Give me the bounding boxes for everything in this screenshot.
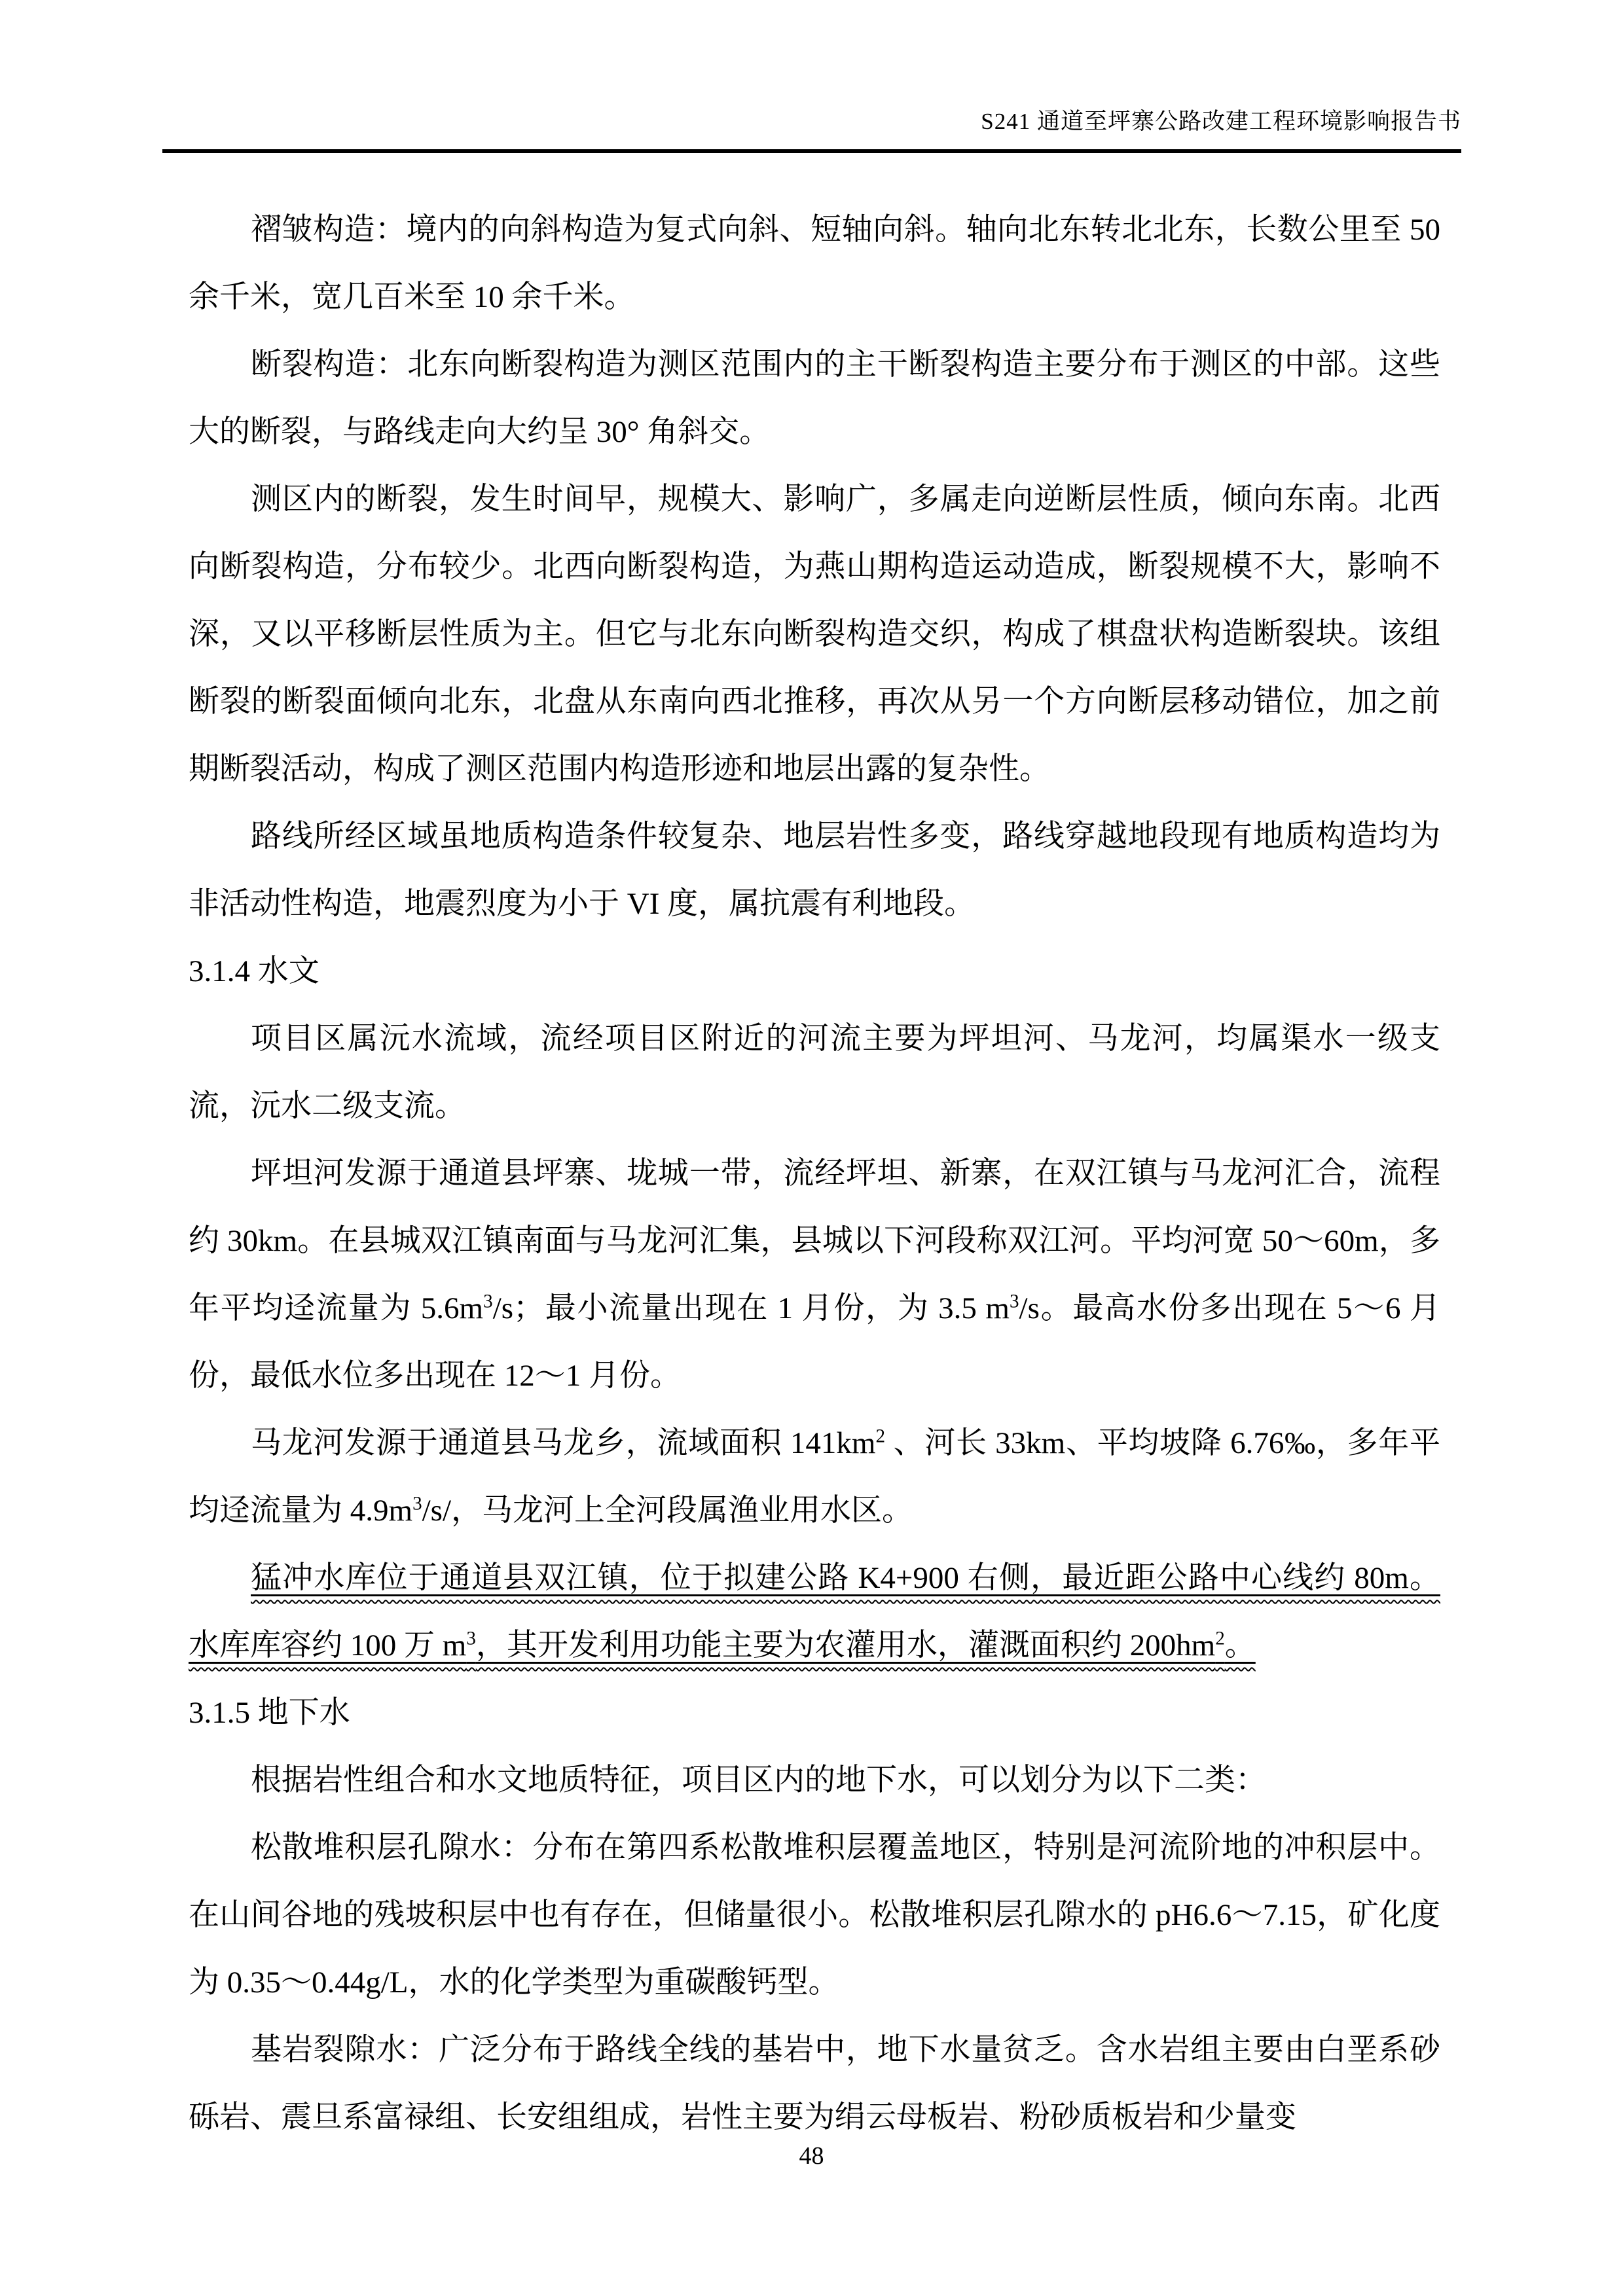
text-run: 3.1.4 水文 [189, 954, 319, 988]
page-footer: 48 [0, 2142, 1623, 2170]
page-number: 48 [799, 2142, 824, 2170]
text-run: /s；最小流量出现在 1 月份，为 3.5 m [493, 1291, 1010, 1325]
paragraph: 基岩裂隙水：广泛分布于路线全线的基岩中，地下水量贫乏。含水岩组主要由白垩系砂砾岩… [189, 2017, 1440, 2151]
paragraph: 根据岩性组合和水文地质特征，项目区内的地下水，可以划分为以下二类： [189, 1747, 1440, 1814]
paragraph: 猛冲水库位于通道县双江镇，位于拟建公路 K4+900 右侧，最近距公路中心线约 … [189, 1545, 1440, 1679]
superscript: 3 [466, 1628, 476, 1649]
underlined-text-inner: 猛冲水库位于通道县双江镇，位于拟建公路 K4+900 右侧，最近距公路中心线约 … [189, 1561, 1440, 1662]
text-run: ，其开发利用功能主要为农灌用水，灌溉面积约 200hm [476, 1628, 1215, 1662]
document-body: 褶皱构造：境内的向斜构造为复式向斜、短轴向斜。轴向北东转北北东，长数公里至 50… [189, 196, 1440, 2151]
paragraph: 松散堆积层孔隙水：分布在第四系松散堆积层覆盖地区，特别是河流阶地的冲积层中。在山… [189, 1814, 1440, 2017]
paragraph: 坪坦河发源于通道县坪寨、垅城一带，流经坪坦、新寨，在双江镇与马龙河汇合，流程约 … [189, 1140, 1440, 1410]
underlined-text: 猛冲水库位于通道县双江镇，位于拟建公路 K4+900 右侧，最近距公路中心线约 … [189, 1561, 1440, 1662]
superscript: 3 [412, 1493, 422, 1514]
text-run: 项目区属沅水流域，流经项目区附近的河流主要为坪坦河、马龙河，均属渠水一级支流，沅… [189, 1022, 1440, 1123]
superscript: 2 [1215, 1628, 1225, 1649]
text-run: 。 [1225, 1628, 1256, 1662]
text-run: /s/，马龙河上全河段属渔业用水区。 [422, 1494, 913, 1528]
text-run: 马龙河发源于通道县马龙乡，流域面积 141km [251, 1426, 875, 1460]
superscript: 3 [483, 1291, 493, 1312]
header-title: S241 通道至坪寨公路改建工程环境影响报告书 [981, 109, 1461, 134]
text-run: 测区内的断裂，发生时间早，规模大、影响广，多属走向逆断层性质，倾向东南。北西向断… [189, 482, 1440, 786]
page-header: S241 通道至坪寨公路改建工程环境影响报告书 [162, 103, 1461, 153]
paragraph: 项目区属沅水流域，流经项目区附近的河流主要为坪坦河、马龙河，均属渠水一级支流，沅… [189, 1005, 1440, 1140]
paragraph: 测区内的断裂，发生时间早，规模大、影响广，多属走向逆断层性质，倾向东南。北西向断… [189, 466, 1440, 803]
section-heading: 3.1.5 地下水 [189, 1679, 1440, 1747]
text-run: 断裂构造：北东向断裂构造为测区范围内的主干断裂构造主要分布于测区的中部。这些大的… [189, 348, 1440, 449]
paragraph: 马龙河发源于通道县马龙乡，流域面积 141km2 、河长 33km、平均坡降 6… [189, 1410, 1440, 1545]
text-run: 根据岩性组合和水文地质特征，项目区内的地下水，可以划分为以下二类： [251, 1763, 1266, 1797]
paragraph: 路线所经区域虽地质构造条件较复杂、地层岩性多变，路线穿越地段现有地质构造均为非活… [189, 803, 1440, 938]
superscript: 3 [1010, 1291, 1019, 1312]
superscript: 2 [875, 1426, 885, 1446]
text-run: 基岩裂隙水：广泛分布于路线全线的基岩中，地下水量贫乏。含水岩组主要由白垩系砂砾岩… [189, 2033, 1440, 2134]
text-run: 3.1.5 地下水 [189, 1696, 350, 1730]
paragraph: 断裂构造：北东向断裂构造为测区范围内的主干断裂构造主要分布于测区的中部。这些大的… [189, 331, 1440, 466]
text-run: 松散堆积层孔隙水：分布在第四系松散堆积层覆盖地区，特别是河流阶地的冲积层中。在山… [189, 1831, 1440, 2000]
section-heading: 3.1.4 水文 [189, 938, 1440, 1005]
paragraph: 褶皱构造：境内的向斜构造为复式向斜、短轴向斜。轴向北东转北北东，长数公里至 50… [189, 196, 1440, 331]
text-run: 褶皱构造：境内的向斜构造为复式向斜、短轴向斜。轴向北东转北北东，长数公里至 50… [189, 213, 1440, 314]
document-page: S241 通道至坪寨公路改建工程环境影响报告书 褶皱构造：境内的向斜构造为复式向… [0, 0, 1623, 2296]
text-run: 路线所经区域虽地质构造条件较复杂、地层岩性多变，路线穿越地段现有地质构造均为非活… [189, 819, 1440, 921]
